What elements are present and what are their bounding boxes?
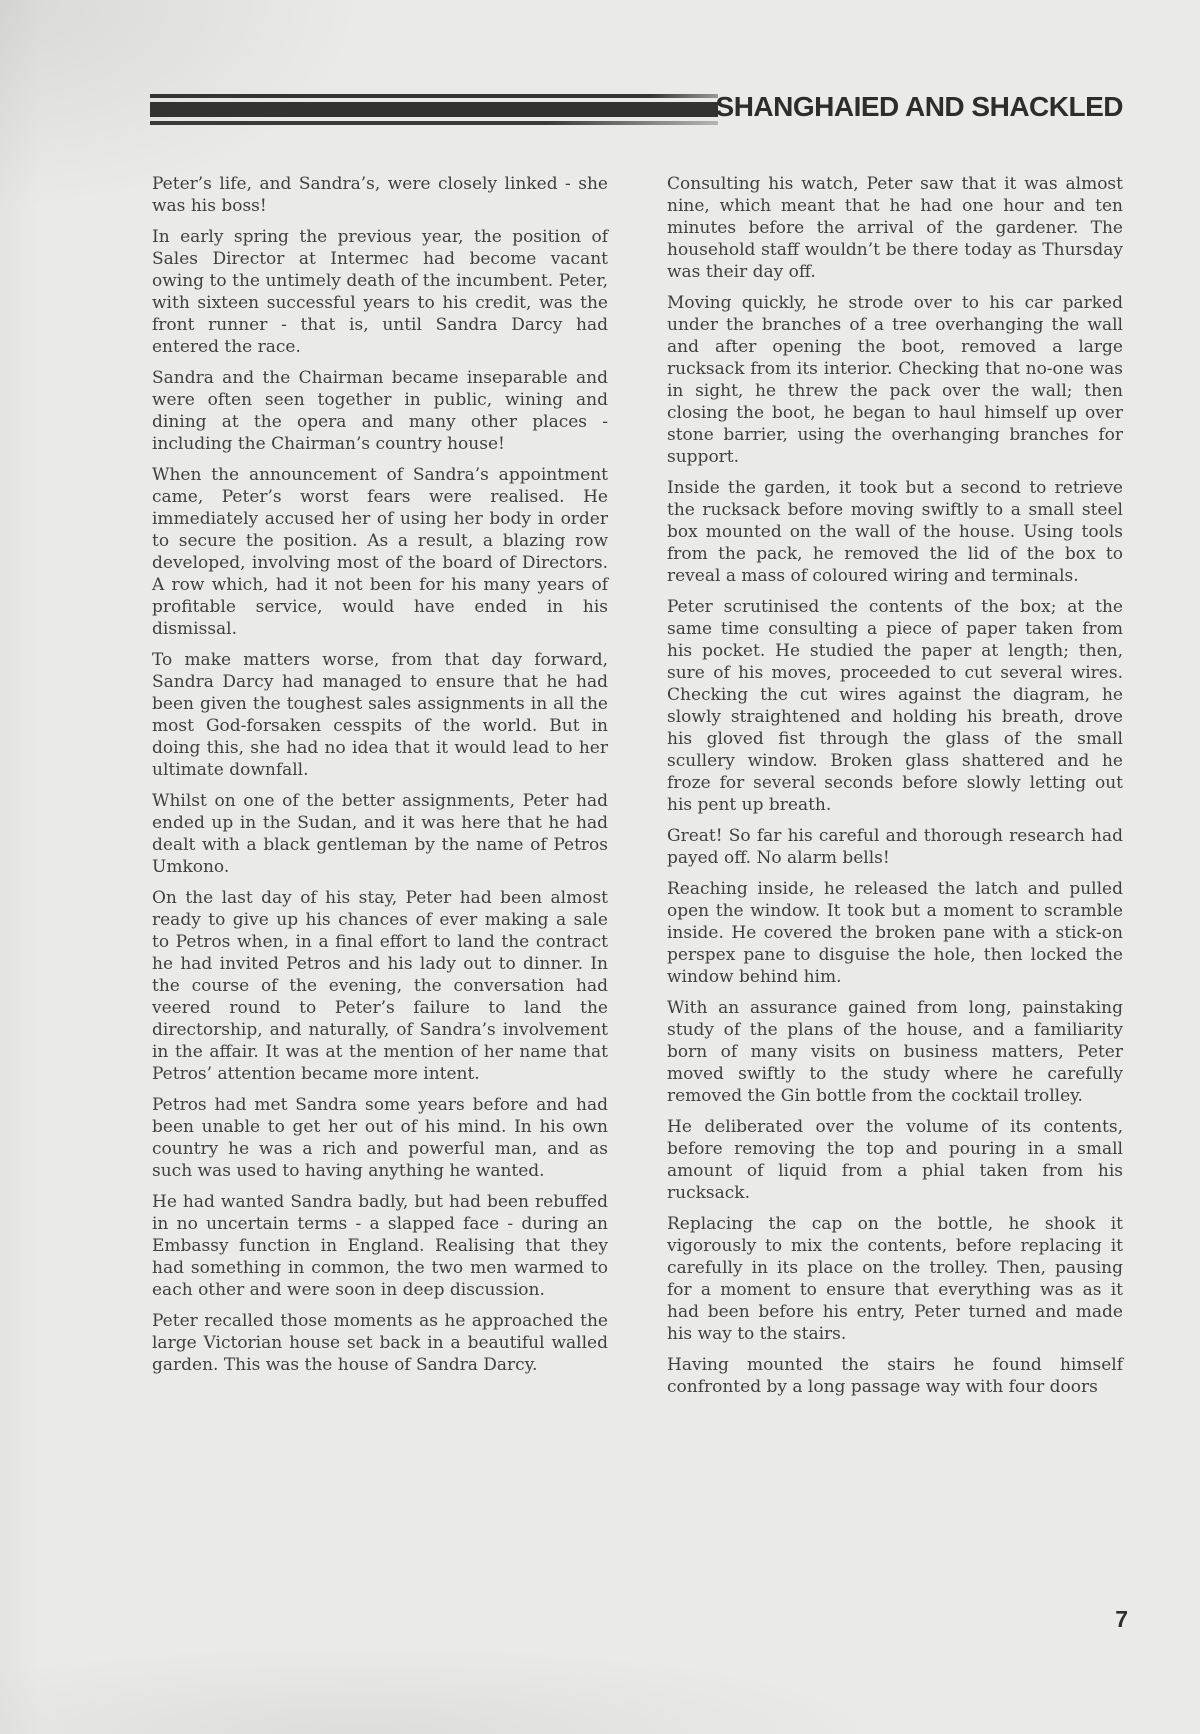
paragraph: Having mounted the stairs he found himse… [667,1354,1123,1398]
paragraph: Peter’s life, and Sandra’s, were closely… [152,173,608,217]
header-rule-thick [150,102,718,117]
paragraph: Moving quickly, he strode over to his ca… [667,292,1123,468]
header-rule-thin-bottom [150,121,718,125]
paragraph: Sandra and the Chairman became inseparab… [152,367,608,455]
header-rule [150,94,718,125]
paragraph: To make matters worse, from that day for… [152,649,608,781]
header-rule-thin-top [150,94,718,98]
page-number: 7 [1115,1606,1128,1633]
paragraph: With an assurance gained from long, pain… [667,997,1123,1107]
paragraph: He deliberated over the volume of its co… [667,1116,1123,1204]
paragraph: Petros had met Sandra some years before … [152,1094,608,1182]
paragraph: He had wanted Sandra badly, but had been… [152,1191,608,1301]
page-title: SHANGHAIED AND SHACKLED [716,92,1123,122]
paragraph: Replacing the cap on the bottle, he shoo… [667,1213,1123,1345]
paragraph: Reaching inside, he released the latch a… [667,878,1123,988]
paragraph: Consulting his watch, Peter saw that it … [667,173,1123,283]
right-column: Consulting his watch, Peter saw that it … [667,173,1123,1407]
paragraph: On the last day of his stay, Peter had b… [152,887,608,1085]
text-columns: Peter’s life, and Sandra’s, were closely… [152,173,1123,1407]
paragraph: Peter recalled those moments as he appro… [152,1310,608,1376]
paragraph: Inside the garden, it took but a second … [667,477,1123,587]
paragraph: Peter scrutinised the contents of the bo… [667,596,1123,816]
scanned-page: SHANGHAIED AND SHACKLED Peter’s life, an… [0,0,1200,1734]
paragraph: Great! So far his careful and thorough r… [667,825,1123,869]
paragraph: When the announcement of Sandra’s appoin… [152,464,608,640]
left-column: Peter’s life, and Sandra’s, were closely… [152,173,608,1407]
paragraph: In early spring the previous year, the p… [152,226,608,358]
paragraph: Whilst on one of the better assignments,… [152,790,608,878]
